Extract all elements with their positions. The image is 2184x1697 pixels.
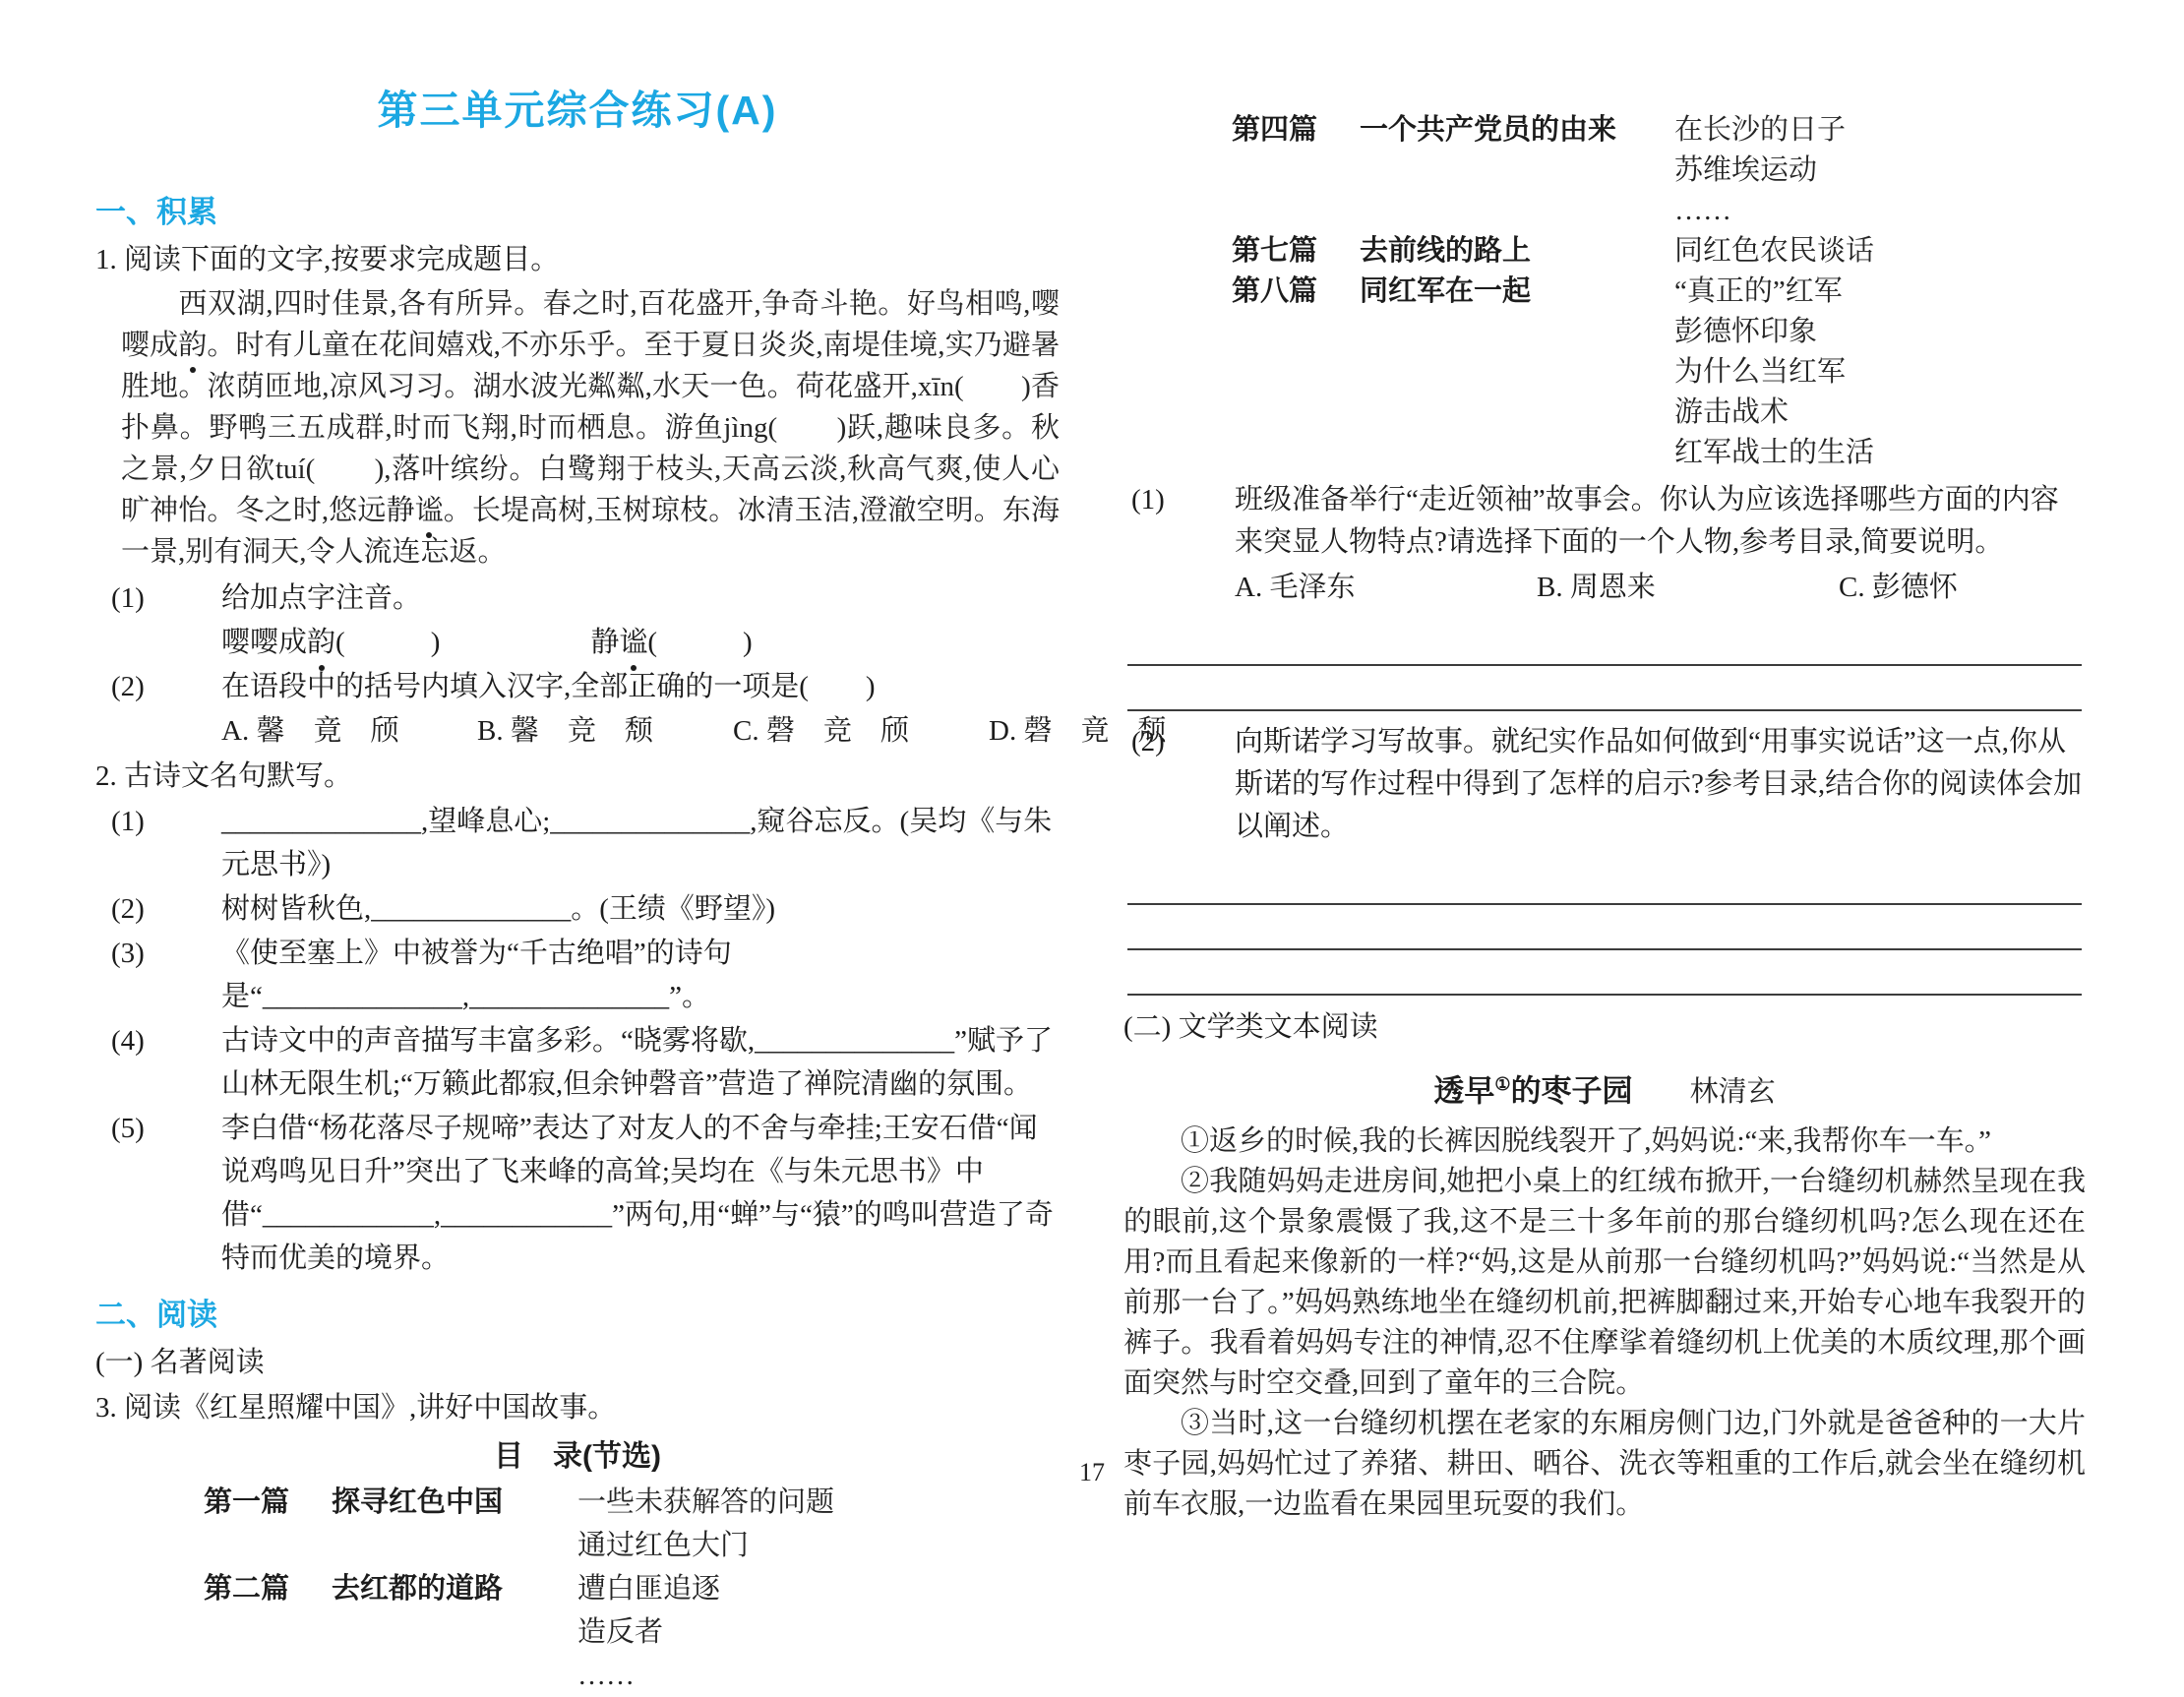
poem-item-text: 《使至塞上》中被誉为“千古绝唱”的诗句是“______________,____…: [221, 938, 732, 1012]
toc-subitem: 通过红色大门: [577, 1524, 1060, 1567]
poem-item-number: (4): [111, 1019, 145, 1062]
toc-subitem: 为什么当红军: [1674, 352, 2086, 393]
toc-subitem: 彭德怀印象: [1674, 312, 2086, 352]
poem-item: (5) 李白借“杨花落尽子规啼”表达了对友人的不舍与牵挂;王安石借“闻说鸡鸣见日…: [95, 1107, 1060, 1280]
poem-item-text: 树树皆秋色,______________。(王绩《野望》): [221, 893, 775, 925]
emphasized-char: 谧: [415, 490, 444, 531]
page-number: 17: [0, 1451, 2184, 1494]
toc-subitem: 游击战术: [1674, 393, 2086, 433]
toc-chapter: 第二篇: [204, 1567, 332, 1697]
question-3-stem: 3. 阅读《红星照耀中国》,讲好中国故事。: [95, 1386, 1060, 1429]
answer-area: [1123, 860, 2086, 996]
question-2-stem: 2. 古诗文名句默写。: [95, 755, 1060, 798]
poem-item-number: (1): [111, 800, 145, 843]
sub-question-text: 班级准备举行“走近领袖”故事会。你认为应该选择哪些方面的内容来突显人物特点?请选…: [1235, 484, 2059, 558]
toc-chapter: 第七篇: [1232, 231, 1360, 272]
answer-line: [1127, 666, 2082, 711]
answer-line: [1127, 905, 2082, 950]
pinyin-blank: ( ): [335, 627, 440, 658]
toc-chapter: 第八篇: [1232, 272, 1360, 473]
sub-question-text: 向斯诺学习写故事。就纪实作品如何做到“用事实说话”这一点,你从斯诺的写作过程中得…: [1235, 726, 2082, 842]
sub-question-text: 在语段中的括号内填入汉字,全部正确的一项是( ): [221, 671, 876, 702]
toc-block-right: 第四篇 一个共产党员的由来 在长沙的日子 苏维埃运动 …… 第七篇 去前线的路上…: [1123, 110, 2086, 473]
page-title: 第三单元综合练习(A): [95, 87, 1060, 134]
choice-c: C. 彭德怀: [1839, 566, 2141, 609]
sub-question-number: (1): [111, 576, 145, 620]
pinyin-item-text: 嘤嘤成: [221, 627, 307, 658]
option-a: A. 馨 竟 颀: [221, 709, 477, 753]
sub-question-2: (2) 在语段中的括号内填入汉字,全部正确的一项是( ): [95, 665, 1060, 708]
footnote-marker: ①: [1494, 1074, 1510, 1094]
essay-header: 透早①的枣子园 林清玄: [1123, 1062, 2086, 1114]
section-heading-accumulate: 一、积累: [95, 191, 1060, 234]
toc-entry: 第二篇 去红都的道路 遭白匪追逐 造反者 ……: [95, 1567, 1060, 1697]
toc-subitem: 红军战士的生活: [1674, 433, 2086, 473]
sub-question-number: (2): [1131, 721, 1165, 763]
literary-reading-heading: (二) 文学类文本阅读: [1123, 1005, 2086, 1049]
option-b: B. 馨 竞 颓: [477, 709, 733, 753]
poem-item-text: 古诗文中的声音描写丰富多彩。“晓雾将歇,______________”赋予了山林…: [221, 1025, 1053, 1100]
toc-entry-head: 第七篇 去前线的路上: [1232, 231, 1674, 272]
poem-item-number: (3): [111, 932, 145, 975]
essay-paragraph: ②我随妈妈走进房间,她把小桌上的红绒布掀开,一台缝纫机赫然呈现在我的眼前,这个景…: [1123, 1162, 2086, 1404]
passage-text: 西双湖,四时佳景,各有所异。春之时,百花盛开,争奇斗艳。好鸟相鸣,嘤嘤成韵。时有…: [121, 283, 1060, 573]
essay-title: 透早①的枣子园: [1433, 1062, 1632, 1113]
poem-item: (3) 《使至塞上》中被誉为“千古绝唱”的诗句是“______________,…: [95, 932, 1060, 1018]
toc-subitems: 同红色农民谈话: [1674, 231, 2086, 272]
choice-b: B. 周恩来: [1537, 566, 1839, 609]
options-row: A. 馨 竟 颀 B. 馨 竞 颓 C. 磬 竞 颀 D. 磬 竟 颓: [95, 709, 1060, 753]
pinyin-blank-row: 嘤嘤成韵( ) 静谧( ): [95, 621, 1060, 664]
toc-entry: 第七篇 去前线的路上 同红色农民谈话: [1123, 231, 2086, 272]
toc-subitem: ……: [577, 1654, 1060, 1697]
answer-line: [1127, 621, 2082, 666]
pinyin-blank: ( ): [647, 627, 752, 658]
toc-entry: 第八篇 同红军在一起 “真正的”红军 彭德怀印象 为什么当红军 游击战术 红军战…: [1123, 272, 2086, 473]
story-question-2: (2) 向斯诺学习写故事。就纪实作品如何做到“用事实说话”这一点,你从斯诺的写作…: [1123, 721, 2086, 848]
emphasized-char: 谧: [619, 621, 647, 664]
toc-subitem: 苏维埃运动: [1674, 151, 2086, 191]
sub-question-1: (1) 给加点字注音。: [95, 576, 1060, 620]
toc-entry: 第四篇 一个共产党员的由来 在长沙的日子 苏维埃运动 ……: [1123, 110, 2086, 231]
pinyin-item-text: 静: [590, 627, 619, 658]
toc-subitem: 在长沙的日子: [1674, 110, 2086, 151]
toc-subitem: “真正的”红军: [1674, 272, 2086, 312]
toc-subitem: 遭白匪追逐: [577, 1567, 1060, 1610]
answer-area: [1123, 621, 2086, 711]
essay-author: 林清玄: [1690, 1070, 1776, 1114]
toc-chapter: 第四篇: [1232, 110, 1360, 231]
toc-subitem: 同红色农民谈话: [1674, 231, 2086, 272]
option-c: C. 磬 竞 颀: [733, 709, 989, 753]
essay-title-text: 透早: [1433, 1073, 1494, 1108]
story-question-1: (1) 班级准备举行“走近领袖”故事会。你认为应该选择哪些方面的内容来突显人物特…: [1123, 479, 2086, 564]
essay-title-text: 的枣子园: [1511, 1073, 1633, 1108]
pinyin-item: 嘤嘤成韵( ): [221, 621, 440, 664]
sub-question-text: 给加点字注音。: [221, 582, 421, 614]
toc-chapter-title: 一个共产党员的由来: [1360, 110, 1616, 231]
toc-subitems: “真正的”红军 彭德怀印象 为什么当红军 游击战术 红军战士的生活: [1674, 272, 2086, 473]
emphasized-char: 韵: [307, 621, 335, 664]
toc-subitems: 在长沙的日子 苏维埃运动 ……: [1674, 110, 2086, 231]
toc-subitem: ……: [1674, 191, 2086, 231]
poem-item: (4) 古诗文中的声音描写丰富多彩。“晓雾将歇,______________”赋…: [95, 1019, 1060, 1106]
toc-chapter-title: 去红都的道路: [332, 1567, 503, 1697]
sub-question-number: (2): [111, 665, 145, 708]
toc-chapter-title: 去前线的路上: [1360, 231, 1531, 272]
toc-chapter-title: 同红军在一起: [1360, 272, 1531, 473]
toc-entry-head: 第八篇 同红军在一起: [1232, 272, 1674, 473]
poem-item-text: 李白借“杨花落尽子规啼”表达了对友人的不舍与牵挂;王安石借“闻说鸡鸣见日升”突出…: [221, 1113, 1054, 1274]
choice-a: A. 毛泽东: [1235, 566, 1537, 609]
poem-item: (2) 树树皆秋色,______________。(王绩《野望》): [95, 887, 1060, 931]
famous-works-heading: (一) 名著阅读: [95, 1341, 1060, 1384]
question-1-stem: 1. 阅读下面的文字,按要求完成题目。: [95, 238, 1060, 281]
essay-paragraph: ①返乡的时候,我的长裤因脱线裂开了,妈妈说:“来,我帮你车一车。”: [1123, 1121, 2086, 1162]
pinyin-item: 静谧( ): [590, 621, 752, 664]
toc-subitems: 遭白匪追逐 造反者 ……: [577, 1567, 1060, 1697]
right-column: 第四篇 一个共产党员的由来 在长沙的日子 苏维埃运动 …… 第七篇 去前线的路上…: [1123, 110, 2086, 1525]
poem-item-text: ______________,望峰息心;______________,窥谷忘反。…: [221, 806, 1052, 880]
toc-entry-head: 第四篇 一个共产党员的由来: [1232, 110, 1674, 231]
section-heading-reading: 二、阅读: [95, 1294, 1060, 1337]
person-choices-row: A. 毛泽东 B. 周恩来 C. 彭德怀: [1123, 566, 2086, 609]
poem-item-number: (5): [111, 1107, 145, 1150]
toc-entry-head: 第二篇 去红都的道路: [204, 1567, 577, 1697]
emphasized-char: 韵: [178, 325, 207, 366]
answer-line: [1127, 860, 2082, 905]
toc-subitem: 造反者: [577, 1610, 1060, 1654]
poem-item-number: (2): [111, 887, 145, 931]
answer-line: [1127, 950, 2082, 996]
sub-question-number: (1): [1131, 479, 1165, 521]
poem-item: (1) ______________,望峰息心;______________,窥…: [95, 800, 1060, 886]
